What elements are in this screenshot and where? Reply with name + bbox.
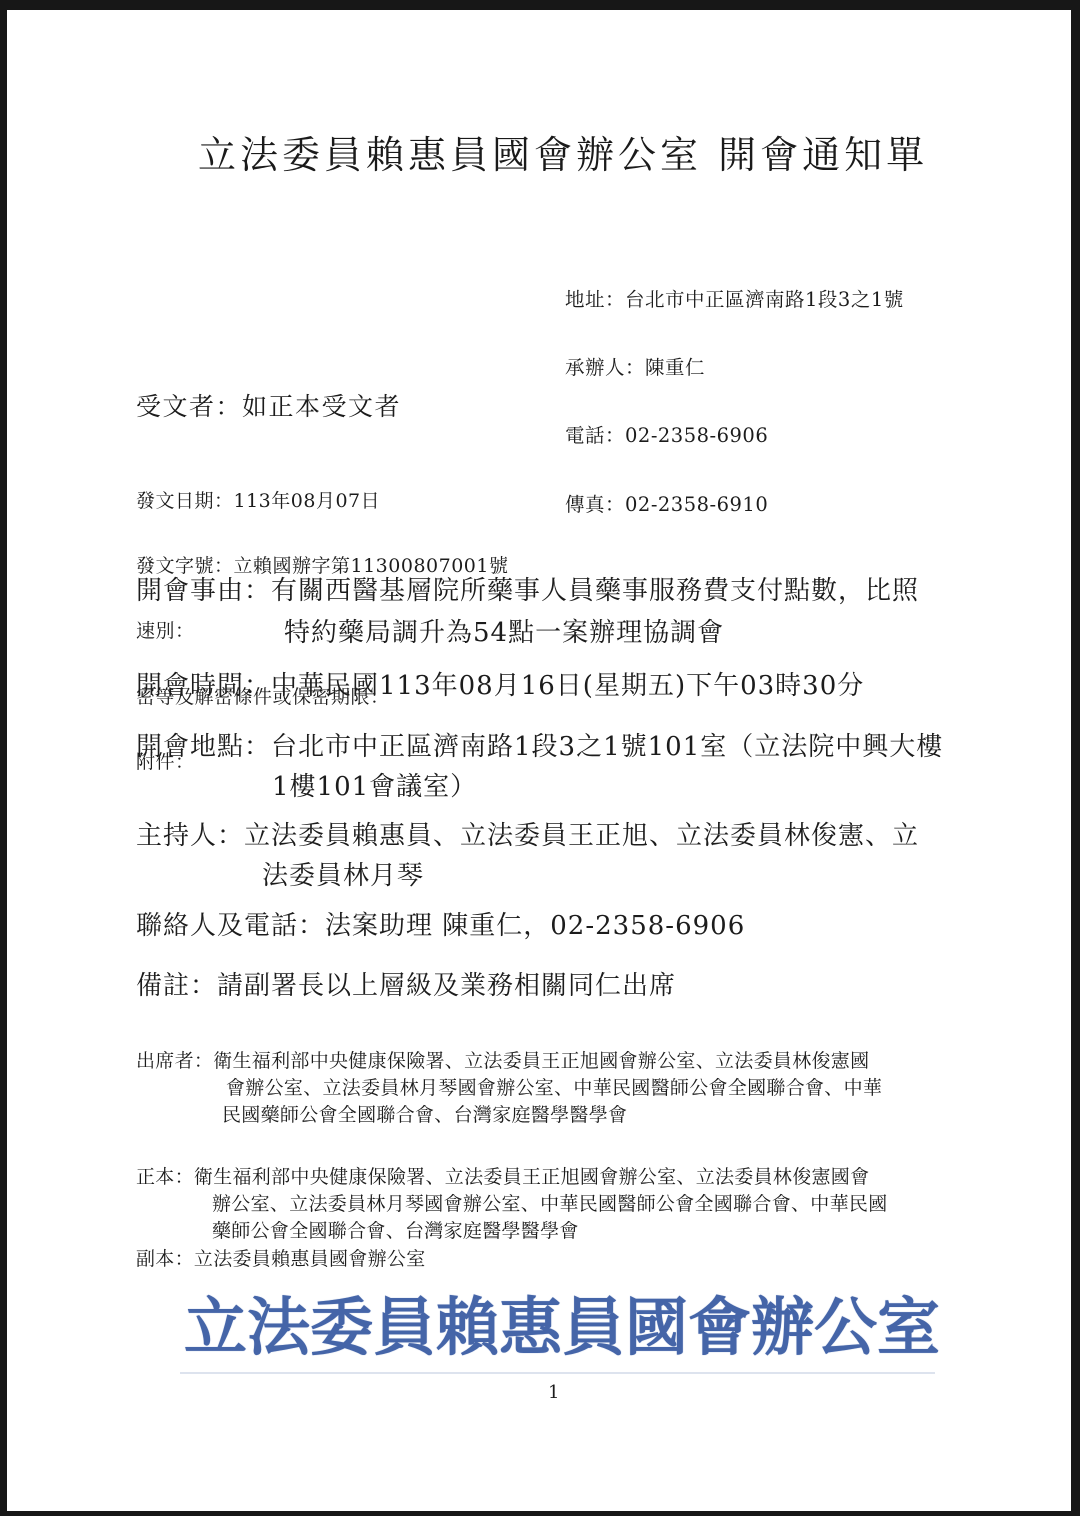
sender-phone: 電話：02-2358-6906: [565, 425, 904, 448]
attendees-line1: 出席者：衛生福利部中央健康保險署、立法委員王正旭國會辦公室、立法委員林俊憲國: [136, 1051, 869, 1073]
original-copy-line2: 辦公室、立法委員林月琴國會辦公室、中華民國醫師公會全國聯合會、中華民國: [212, 1194, 888, 1216]
document-title: 立法委員賴惠員國會辦公室 開會通知單: [198, 134, 928, 178]
meeting-contact-line: 聯絡人及電話：法案助理 陳重仁，02-2358-6906: [136, 912, 745, 942]
attendees-line3: 民國藥師公會全國聯合會、台灣家庭醫學醫學會: [222, 1105, 627, 1127]
meeting-time-line: 開會時間：中華民國113年08月16日(星期五)下午03時30分: [136, 672, 864, 702]
attendees-line2: 會辦公室、立法委員林月琴國會辦公室、中華民國醫師公會全國聯合會、中華: [226, 1078, 882, 1100]
meeting-subject-line2: 特約藥局調升為54點一案辦理協調會: [284, 619, 724, 649]
issue-date-line: 發文日期：113年08月07日: [136, 491, 508, 513]
meeting-subject-line1: 開會事由：有關西醫基層院所藥事人員藥事服務費支付點數，比照: [136, 577, 919, 607]
stamp-scan-artifact: [180, 1372, 935, 1374]
meeting-note-line: 備註：請副署長以上層級及業務相關同仁出席: [136, 972, 676, 1002]
sender-address: 地址：台北市中正區濟南路1段3之1號: [565, 289, 904, 312]
cc-copy-line: 副本：立法委員賴惠員國會辦公室: [136, 1249, 426, 1271]
original-copy-line3: 藥師公會全國聯合會、台灣家庭醫學醫學會: [212, 1221, 579, 1243]
scanned-document: 立法委員賴惠員國會辦公室 開會通知單 地址：台北市中正區濟南路1段3之1號 承辦…: [0, 0, 1080, 1516]
meeting-place-line2: 1樓101會議室）: [272, 773, 477, 803]
office-stamp: 立法委員賴惠員國會辦公室: [184, 1292, 940, 1364]
doc-number-line: 發文字號：立賴國辦字第11300807001號: [136, 556, 508, 578]
original-copy-line1: 正本：衛生福利部中央健康保險署、立法委員王正旭國會辦公室、立法委員林俊憲國會: [136, 1167, 869, 1189]
sender-handler: 承辦人：陳重仁: [565, 357, 904, 380]
page-number: 1: [548, 1383, 559, 1404]
sender-fax: 傳真：02-2358-6910: [565, 494, 904, 517]
sender-info-block: 地址：台北市中正區濟南路1段3之1號 承辦人：陳重仁 電話：02-2358-69…: [565, 243, 904, 562]
meeting-chair-line2: 法委員林月琴: [262, 862, 424, 892]
recipient-line: 受文者：如正本受文者: [136, 393, 401, 422]
meeting-chair-line1: 主持人：立法委員賴惠員、立法委員王正旭、立法委員林俊憲、立: [136, 822, 919, 852]
meeting-place-line1: 開會地點：台北市中正區濟南路1段3之1號101室（立法院中興大樓: [136, 733, 943, 763]
